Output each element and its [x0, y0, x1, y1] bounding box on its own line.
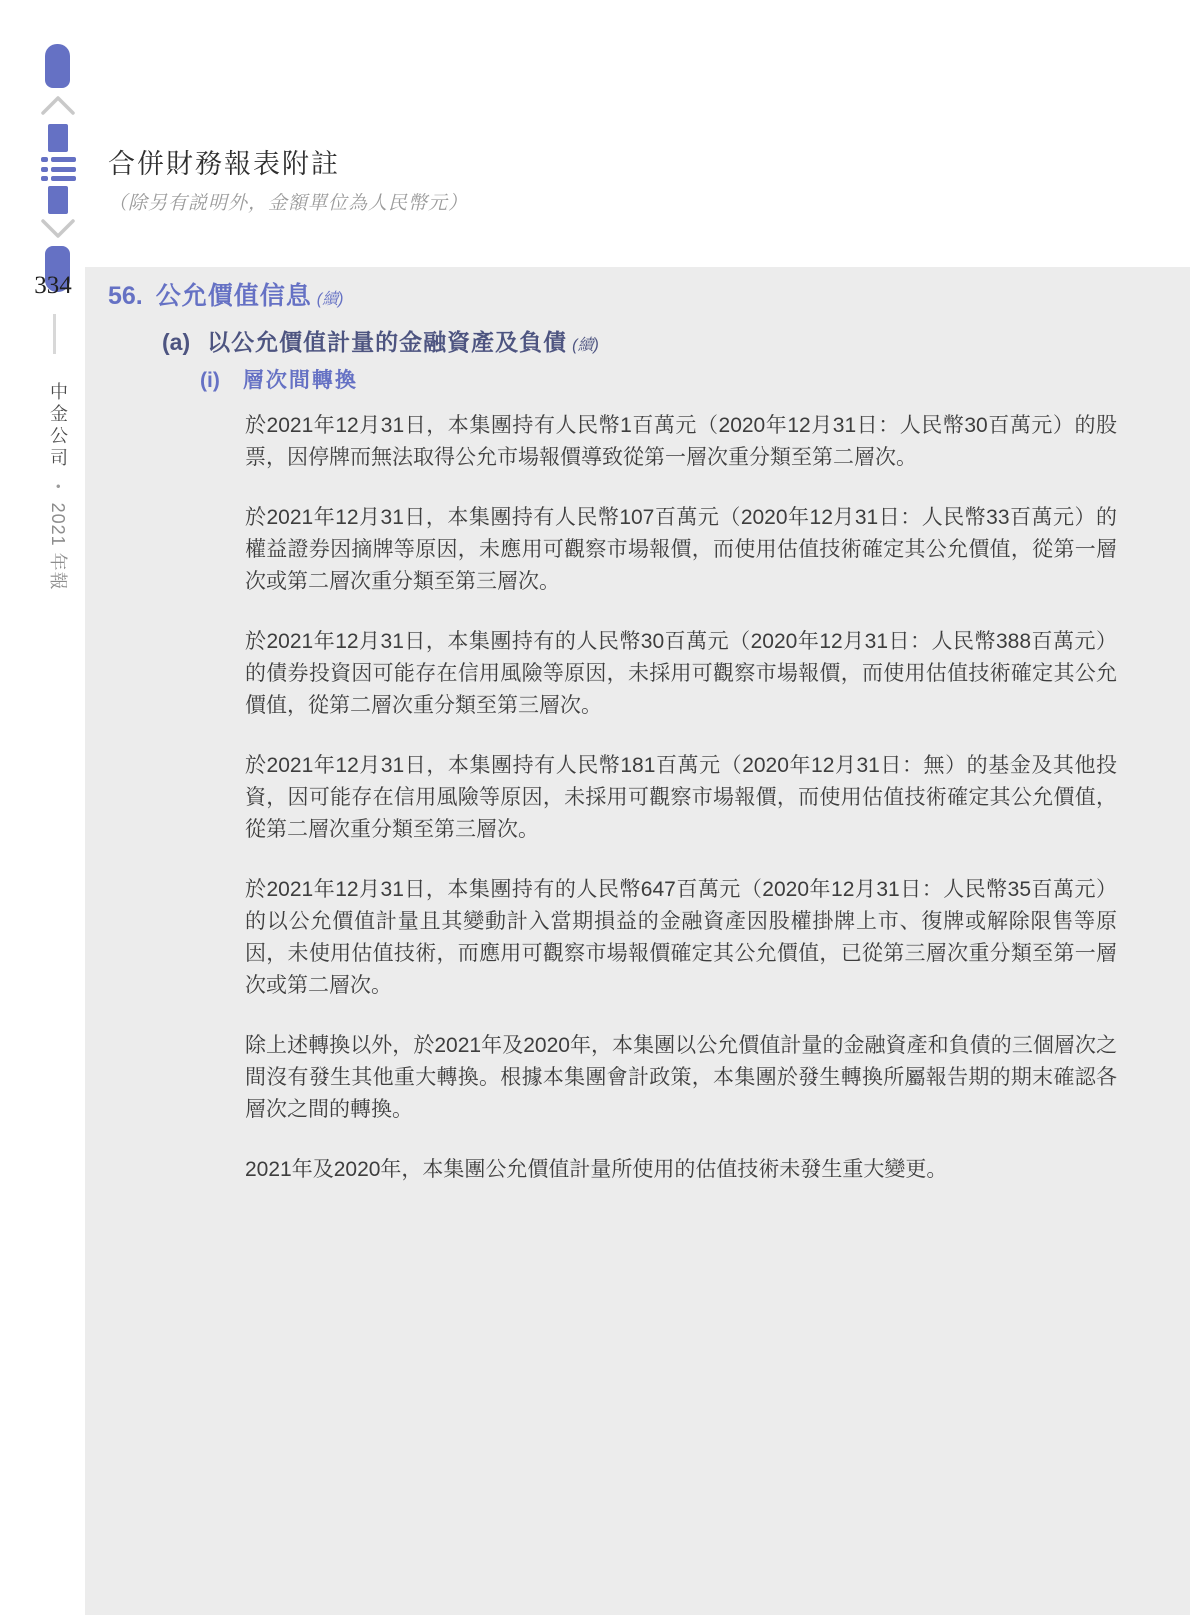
paragraph: 於2021年12月31日，本集團持有人民幣107百萬元（2020年12月31日：… — [245, 502, 1117, 598]
page-number: 334 — [28, 272, 78, 300]
list-icon-row — [41, 167, 76, 172]
section-continued-note: (續) — [317, 291, 344, 308]
item-label: (i) — [200, 369, 220, 392]
paragraph: 於2021年12月31日，本集團持有的人民幣30百萬元（2020年12月31日：… — [245, 626, 1117, 722]
list-icon[interactable] — [41, 157, 76, 181]
page-title: 合併財務報表附註 — [108, 142, 468, 181]
chevron-up-icon[interactable] — [40, 94, 76, 116]
list-icon-row — [41, 176, 76, 181]
page-header: 合併財務報表附註 （除另有説明外，金額單位為人民幣元） — [108, 142, 468, 215]
scrollbar-top-segment — [45, 44, 70, 88]
side-rail: 334 中金公司 • 2021 年報 — [0, 0, 85, 1615]
paragraph: 於2021年12月31日，本集團持有人民幣1百萬元（2020年12月31日：人民… — [245, 410, 1117, 474]
list-icon-row — [41, 157, 76, 162]
section-number: 56. — [108, 282, 143, 310]
vertical-edition-label: 中金公司 • 2021 年報 — [44, 382, 72, 622]
edition-year: 2021 年報 — [48, 503, 68, 591]
paragraph: 於2021年12月31日，本集團持有的人民幣647百萬元（2020年12月31日… — [245, 874, 1117, 1002]
section-heading: 56.公允價值信息(續) — [108, 276, 343, 312]
label-separator-dot: • — [51, 475, 66, 498]
paragraph: 2021年及2020年，本集團公允價值計量所使用的估值技術未發生重大變更。 — [245, 1154, 1117, 1186]
subsection-continued-note: (續) — [572, 337, 599, 354]
subsection-heading: (a)以公允價值計量的金融資產及負債(續) — [162, 324, 599, 357]
menu-bar-bottom — [48, 186, 68, 214]
report-page: 334 中金公司 • 2021 年報 合併財務報表附註 （除另有説明外，金額單位… — [0, 0, 1190, 1615]
paragraph: 於2021年12月31日，本集團持有人民幣181百萬元（2020年12月31日：… — [245, 750, 1117, 846]
page-subtitle: （除另有説明外，金額單位為人民幣元） — [108, 188, 468, 215]
chevron-down-icon[interactable] — [40, 217, 76, 239]
subsection-title: 以公允價值計量的金融資產及負債 — [207, 329, 567, 355]
menu-bar-top — [48, 124, 68, 152]
item-heading: (i)層次間轉換 — [200, 364, 358, 394]
page-number-divider — [53, 314, 56, 354]
company-name: 中金公司 — [48, 382, 68, 470]
subsection-label: (a) — [162, 329, 190, 355]
body-paragraphs: 於2021年12月31日，本集團持有人民幣1百萬元（2020年12月31日：人民… — [245, 410, 1117, 1214]
item-title: 層次間轉換 — [243, 369, 358, 392]
section-title: 公允價值信息 — [156, 282, 312, 310]
paragraph: 除上述轉換以外，於2021年及2020年，本集團以公允價值計量的金融資產和負債的… — [245, 1030, 1117, 1126]
